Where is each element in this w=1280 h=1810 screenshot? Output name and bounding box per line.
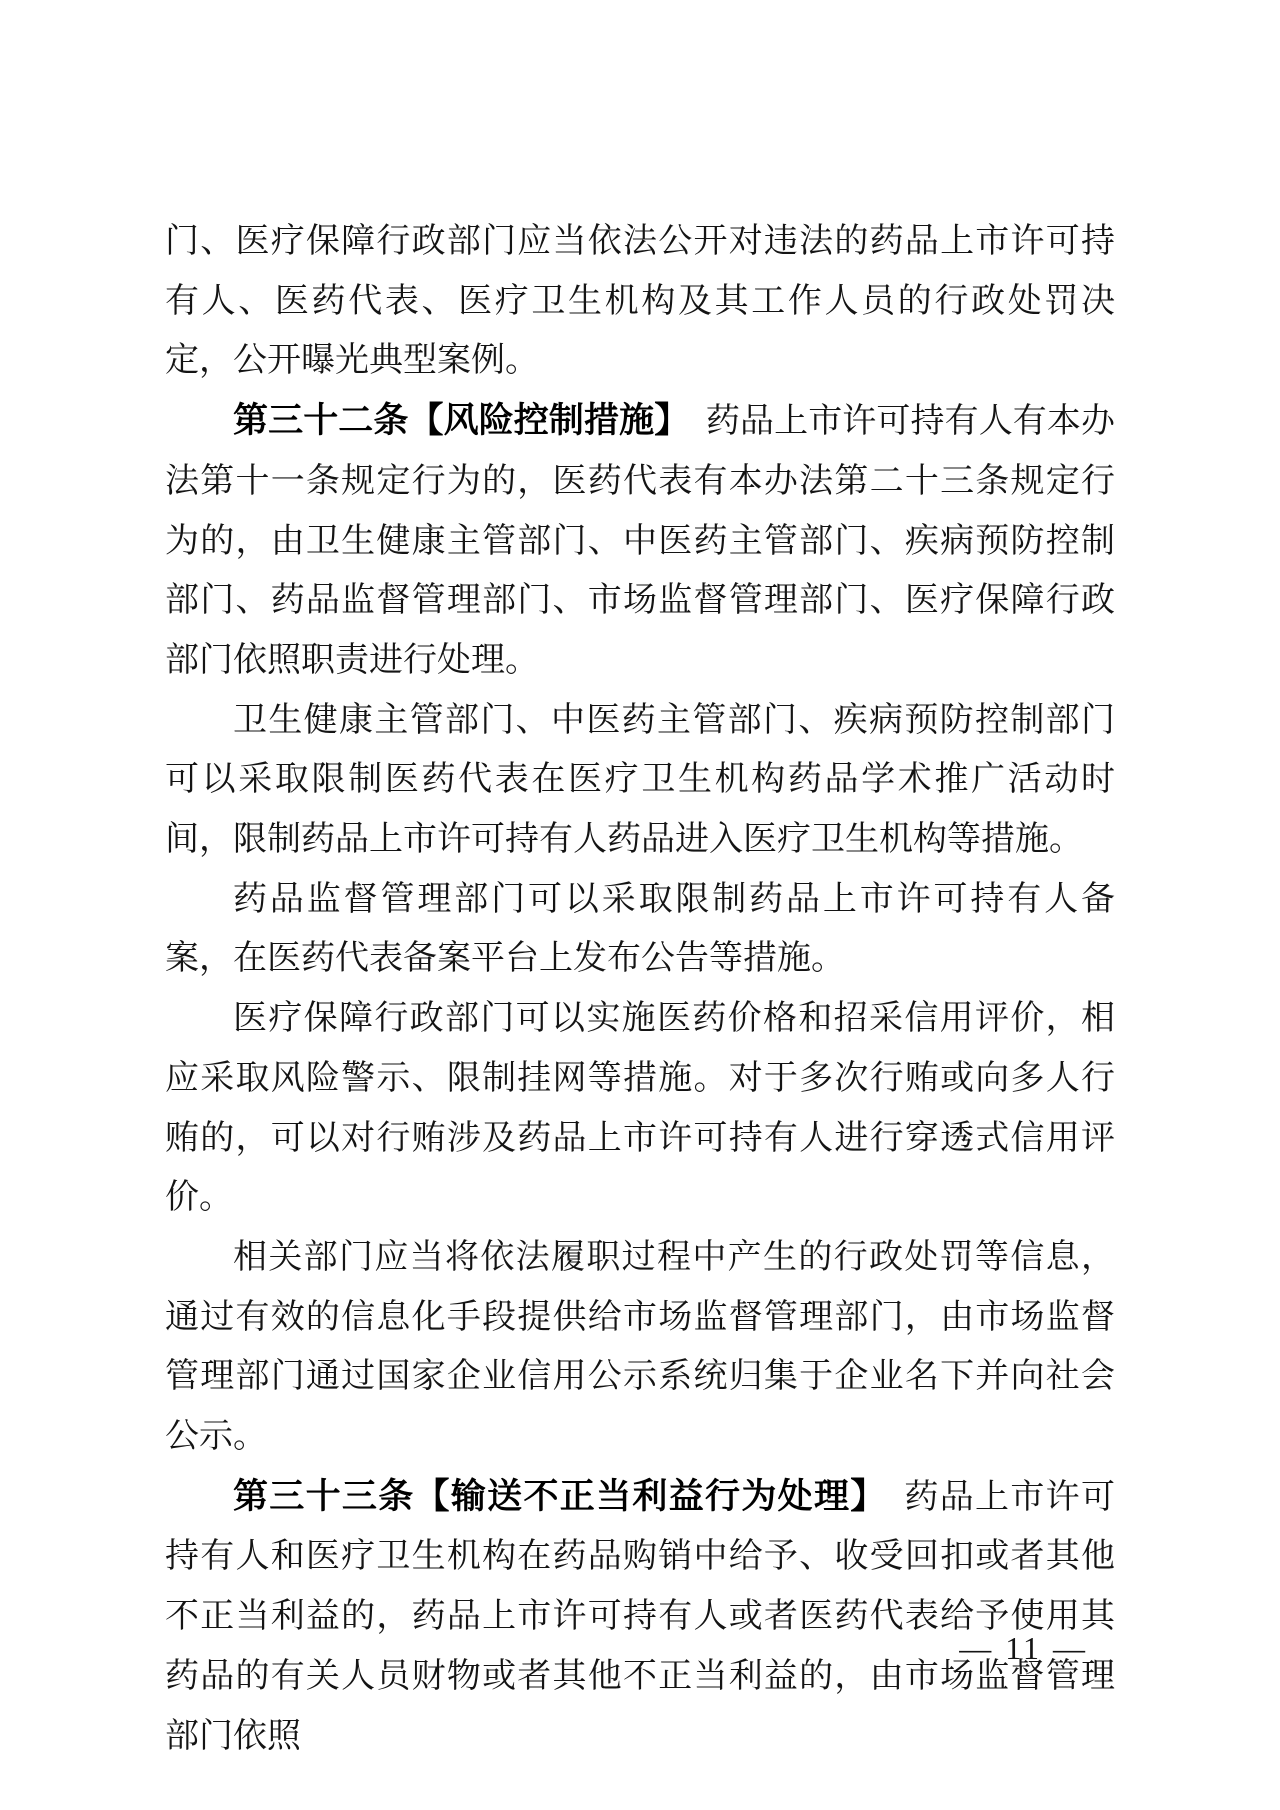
paragraph-text: 门、医疗保障行政部门应当依法公开对违法的药品上市许可持有人、医药代表、医疗卫生机…	[165, 223, 1115, 379]
paragraph-text: 药品上市许可持有人和医疗卫生机构在药品购销中给予、收受回扣或者其他不正当利益的，…	[165, 1479, 1115, 1755]
paragraph-continuation: 门、医疗保障行政部门应当依法公开对违法的药品上市许可持有人、医药代表、医疗卫生机…	[165, 212, 1115, 391]
paragraph: 卫生健康主管部门、中医药主管部门、疾病预防控制部门可以采取限制医药代表在医疗卫生…	[165, 691, 1115, 870]
paragraph-text: 医疗保障行政部门可以实施医药价格和招采信用评价，相应采取风险警示、限制挂网等措施…	[165, 1000, 1115, 1216]
document-page: 门、医疗保障行政部门应当依法公开对违法的药品上市许可持有人、医药代表、医疗卫生机…	[0, 0, 1280, 1810]
paragraph-text: 相关部门应当将依法履职过程中产生的行政处罚等信息，通过有效的信息化手段提供给市场…	[165, 1239, 1115, 1455]
article-heading: 第三十三条【输送不正当利益行为处理】	[233, 1477, 869, 1516]
paragraph: 药品监督管理部门可以采取限制药品上市许可持有人备案，在医药代表备案平台上发布公告…	[165, 870, 1115, 989]
paragraph-text: 药品上市许可持有人有本办法第十一条规定行为的，医药代表有本办法第二十三条规定行为…	[165, 403, 1115, 679]
paragraph-text: 卫生健康主管部门、中医药主管部门、疾病预防控制部门可以采取限制医药代表在医疗卫生…	[165, 702, 1115, 858]
document-body: 门、医疗保障行政部门应当依法公开对违法的药品上市许可持有人、医药代表、医疗卫生机…	[165, 212, 1115, 1766]
article-32: 第三十二条【风险控制措施】 药品上市许可持有人有本办法第十一条规定行为的，医药代…	[165, 391, 1115, 691]
paragraph: 医疗保障行政部门可以实施医药价格和招采信用评价，相应采取风险警示、限制挂网等措施…	[165, 989, 1115, 1228]
paragraph-text: 药品监督管理部门可以采取限制药品上市许可持有人备案，在医药代表备案平台上发布公告…	[165, 881, 1115, 978]
paragraph: 相关部门应当将依法履职过程中产生的行政处罚等信息，通过有效的信息化手段提供给市场…	[165, 1228, 1115, 1467]
article-heading: 第三十二条【风险控制措施】	[233, 401, 672, 440]
article-33: 第三十三条【输送不正当利益行为处理】 药品上市许可持有人和医疗卫生机构在药品购销…	[165, 1467, 1115, 1767]
page-number: — 11 —	[959, 1630, 1088, 1666]
